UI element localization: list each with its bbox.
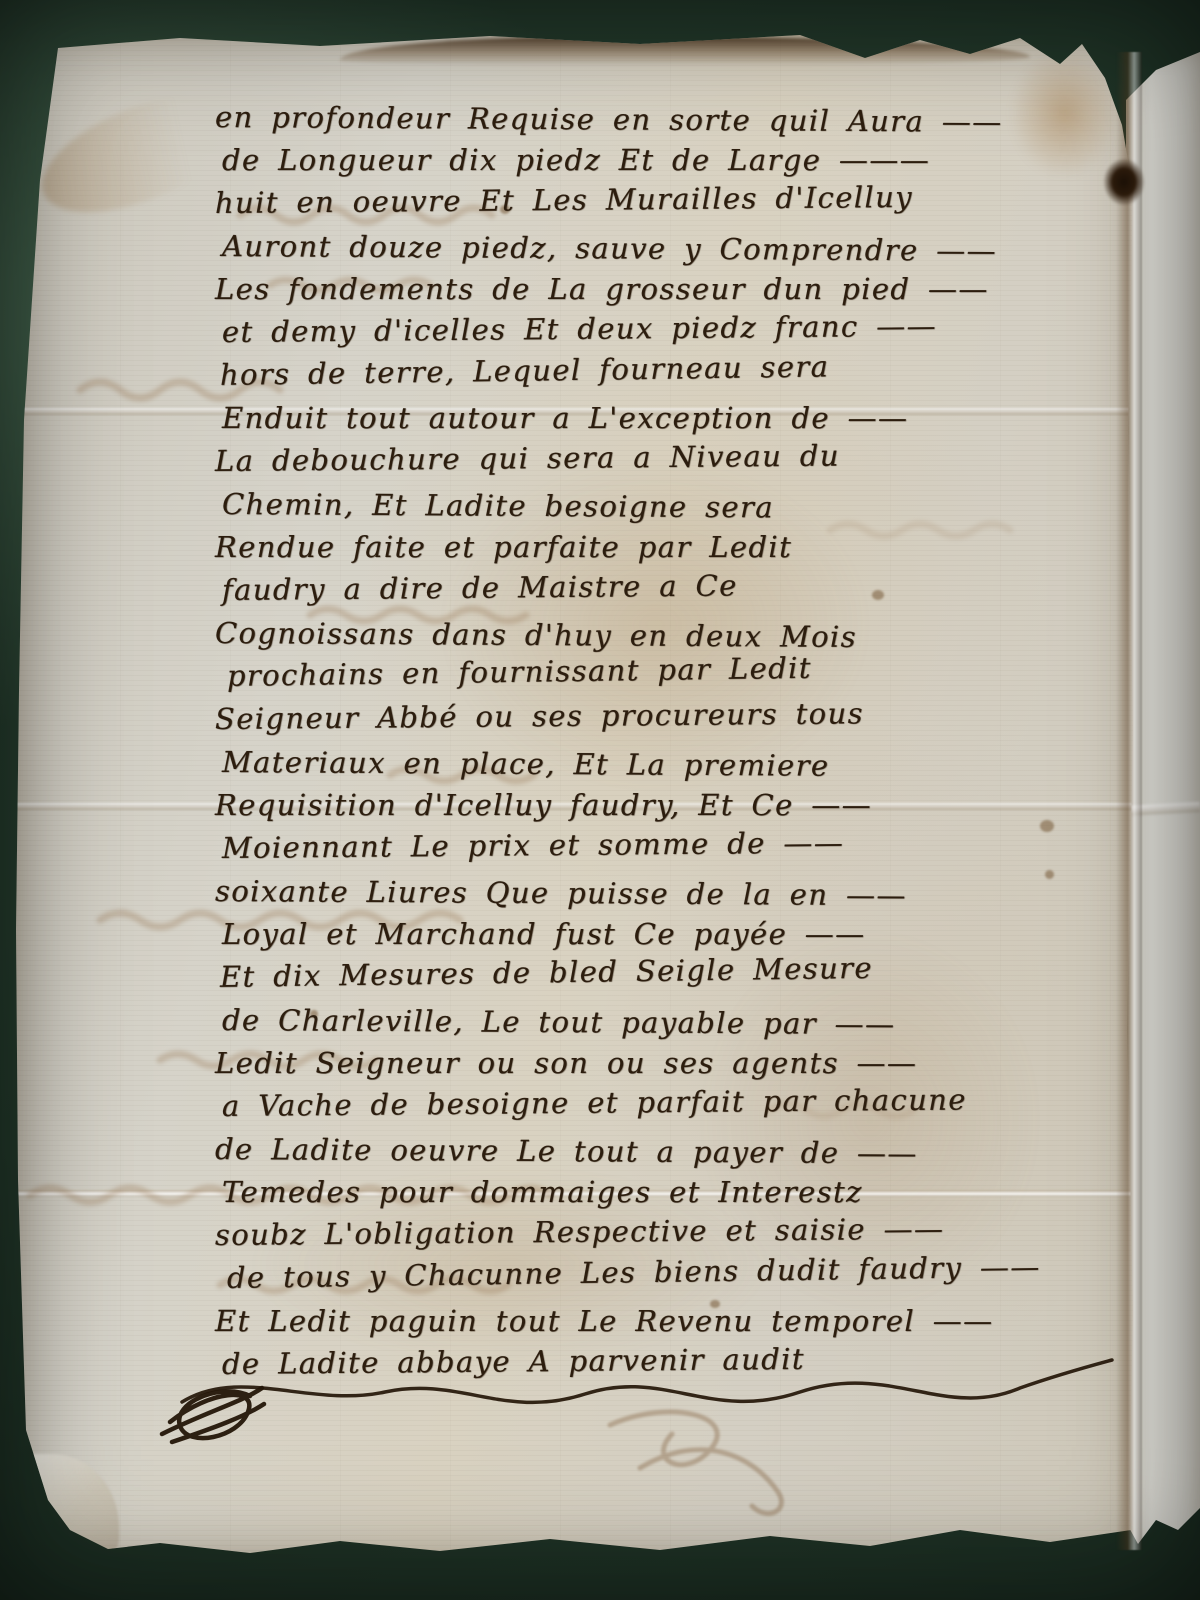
manuscript-line: Auront douze piedz, sauve y Comprendre —… bbox=[222, 229, 1130, 278]
notary-paraph bbox=[162, 1388, 264, 1442]
manuscript-line: Seigneur Abbé ou ses procureurs tous bbox=[215, 694, 1130, 745]
manuscript-line: de Ladite abbaye A parvenir audit bbox=[222, 1339, 1130, 1390]
manuscript-line: de Charleville, Le tout payable par —— bbox=[222, 1003, 1130, 1052]
manuscript-line: huit en oeuvre Et Les Murailles d'Icellu… bbox=[215, 178, 1130, 229]
faint-paraph bbox=[610, 1412, 781, 1514]
page-fold bbox=[1116, 52, 1142, 1550]
edge-stain bbox=[340, 36, 1030, 66]
manuscript-line: Moiennant Le prix et somme de —— bbox=[222, 823, 1130, 874]
manuscript-line: a Vache de besoigne et parfait par chacu… bbox=[222, 1081, 1130, 1132]
manuscript-line: Materiaux en place, Et La premiere bbox=[222, 745, 1130, 794]
manuscript-line: en profondeur Requise en sorte quil Aura… bbox=[215, 100, 1130, 149]
manuscript-line: soixante Liures Que puisse de la en —— bbox=[215, 874, 1130, 923]
manuscript-line: faudry a dire de Maistre a Ce bbox=[222, 565, 1130, 616]
curled-corner bbox=[24, 1454, 119, 1559]
manuscript-line: de Ladite oeuvre Le tout a payer de —— bbox=[215, 1132, 1130, 1181]
manuscript-line: Chemin, Et Ladite besoigne sera bbox=[222, 487, 1130, 536]
photo-background: en profondeur Requise en sorte quil Aura… bbox=[0, 0, 1200, 1600]
manuscript-page: en profondeur Requise en sorte quil Aura… bbox=[10, 30, 1140, 1565]
manuscript-line: La debouchure qui sera a Niveau du bbox=[215, 436, 1130, 487]
ink-blot bbox=[1103, 158, 1145, 206]
handwritten-text: en profondeur Requise en sorte quil Aura… bbox=[215, 100, 1130, 1390]
